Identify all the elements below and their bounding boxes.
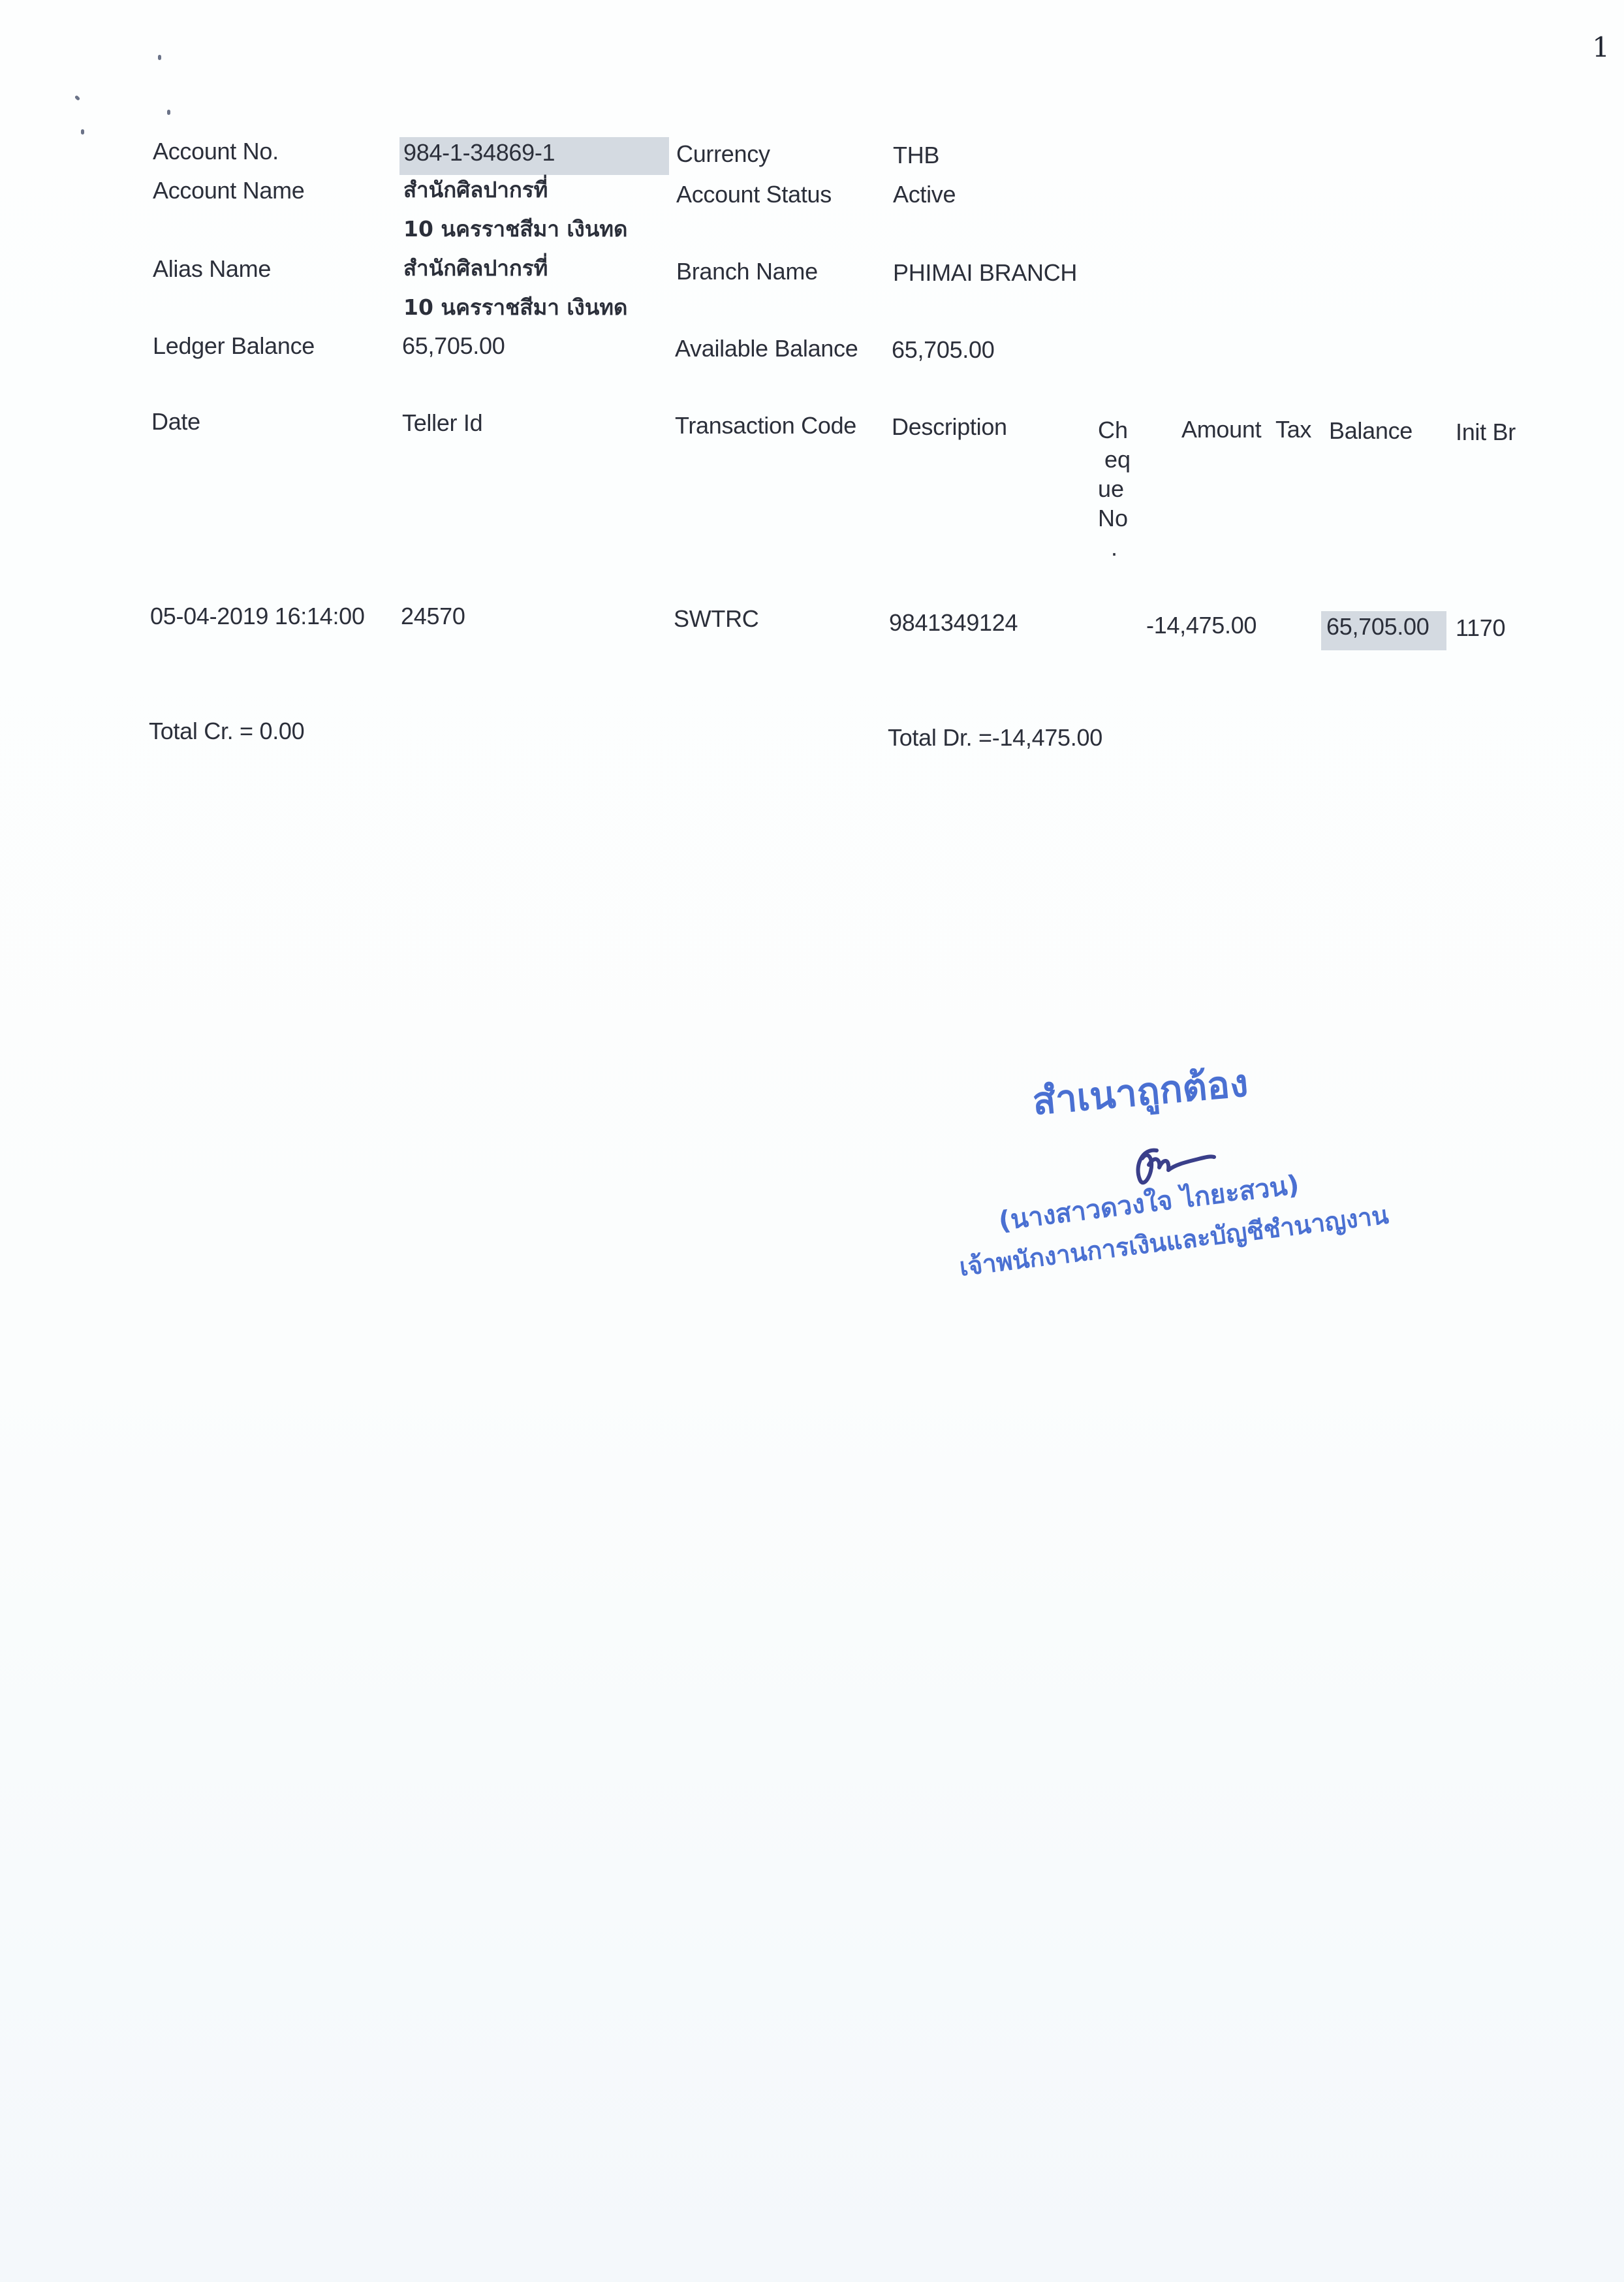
account-name-value-line2: 10 นครราชสีมา เงินทด — [403, 218, 627, 240]
scan-speck — [74, 95, 80, 101]
account-name-label: Account Name — [153, 179, 305, 202]
account-name-value-line1: สำนักศิลปากรที่ — [403, 179, 548, 200]
cell-description: 9841349124 — [889, 611, 1018, 635]
total-debit: Total Dr. =-14,475.00 — [888, 726, 1102, 750]
cell-teller-id: 24570 — [401, 605, 465, 628]
scan-speck — [167, 110, 170, 115]
stamp-title: สำเนาถูกต้อง — [1030, 1052, 1251, 1132]
col-teller-id: Teller Id — [402, 411, 482, 435]
account-no-value: 984-1-34869-1 — [403, 141, 555, 165]
col-date: Date — [151, 410, 200, 434]
col-description: Description — [892, 415, 1007, 439]
account-status-value: Active — [893, 183, 956, 206]
available-balance-label: Available Balance — [675, 337, 858, 360]
col-tax: Tax — [1275, 418, 1311, 441]
col-transaction-code: Transaction Code — [675, 414, 856, 437]
col-balance: Balance — [1329, 419, 1413, 443]
bank-statement-page: 1 Account No. 984-1-34869-1 Account Name… — [0, 0, 1624, 2282]
cell-init-br: 1170 — [1456, 616, 1505, 640]
account-no-label: Account No. — [153, 140, 279, 163]
ledger-balance-label: Ledger Balance — [153, 334, 315, 358]
cell-transaction-code: SWTRC — [674, 607, 758, 631]
account-status-label: Account Status — [676, 183, 832, 206]
col-amount: Amount — [1181, 418, 1261, 441]
branch-name-label: Branch Name — [676, 260, 818, 283]
branch-name-value: PHIMAI BRANCH — [893, 261, 1077, 285]
available-balance-value: 65,705.00 — [892, 338, 994, 362]
scan-speck — [158, 55, 161, 60]
page-number: 1 — [1592, 31, 1610, 63]
cell-date: 05-04-2019 16:14:00 — [150, 605, 365, 628]
total-credit: Total Cr. = 0.00 — [149, 720, 304, 743]
scan-speck — [81, 129, 84, 135]
alias-name-value-line2: 10 นครราชสีมา เงินทด — [403, 296, 627, 318]
col-cheque-no: Ch eq ue No . — [1098, 415, 1131, 562]
currency-label: Currency — [676, 142, 770, 166]
cell-balance: 65,705.00 — [1326, 615, 1429, 639]
cell-amount: -14,475.00 — [1146, 614, 1257, 637]
alias-name-label: Alias Name — [153, 257, 271, 281]
ledger-balance-value: 65,705.00 — [402, 334, 505, 358]
alias-name-value-line1: สำนักศิลปากรที่ — [403, 257, 548, 279]
col-init-br: Init Br — [1456, 420, 1516, 444]
currency-value: THB — [893, 144, 939, 167]
